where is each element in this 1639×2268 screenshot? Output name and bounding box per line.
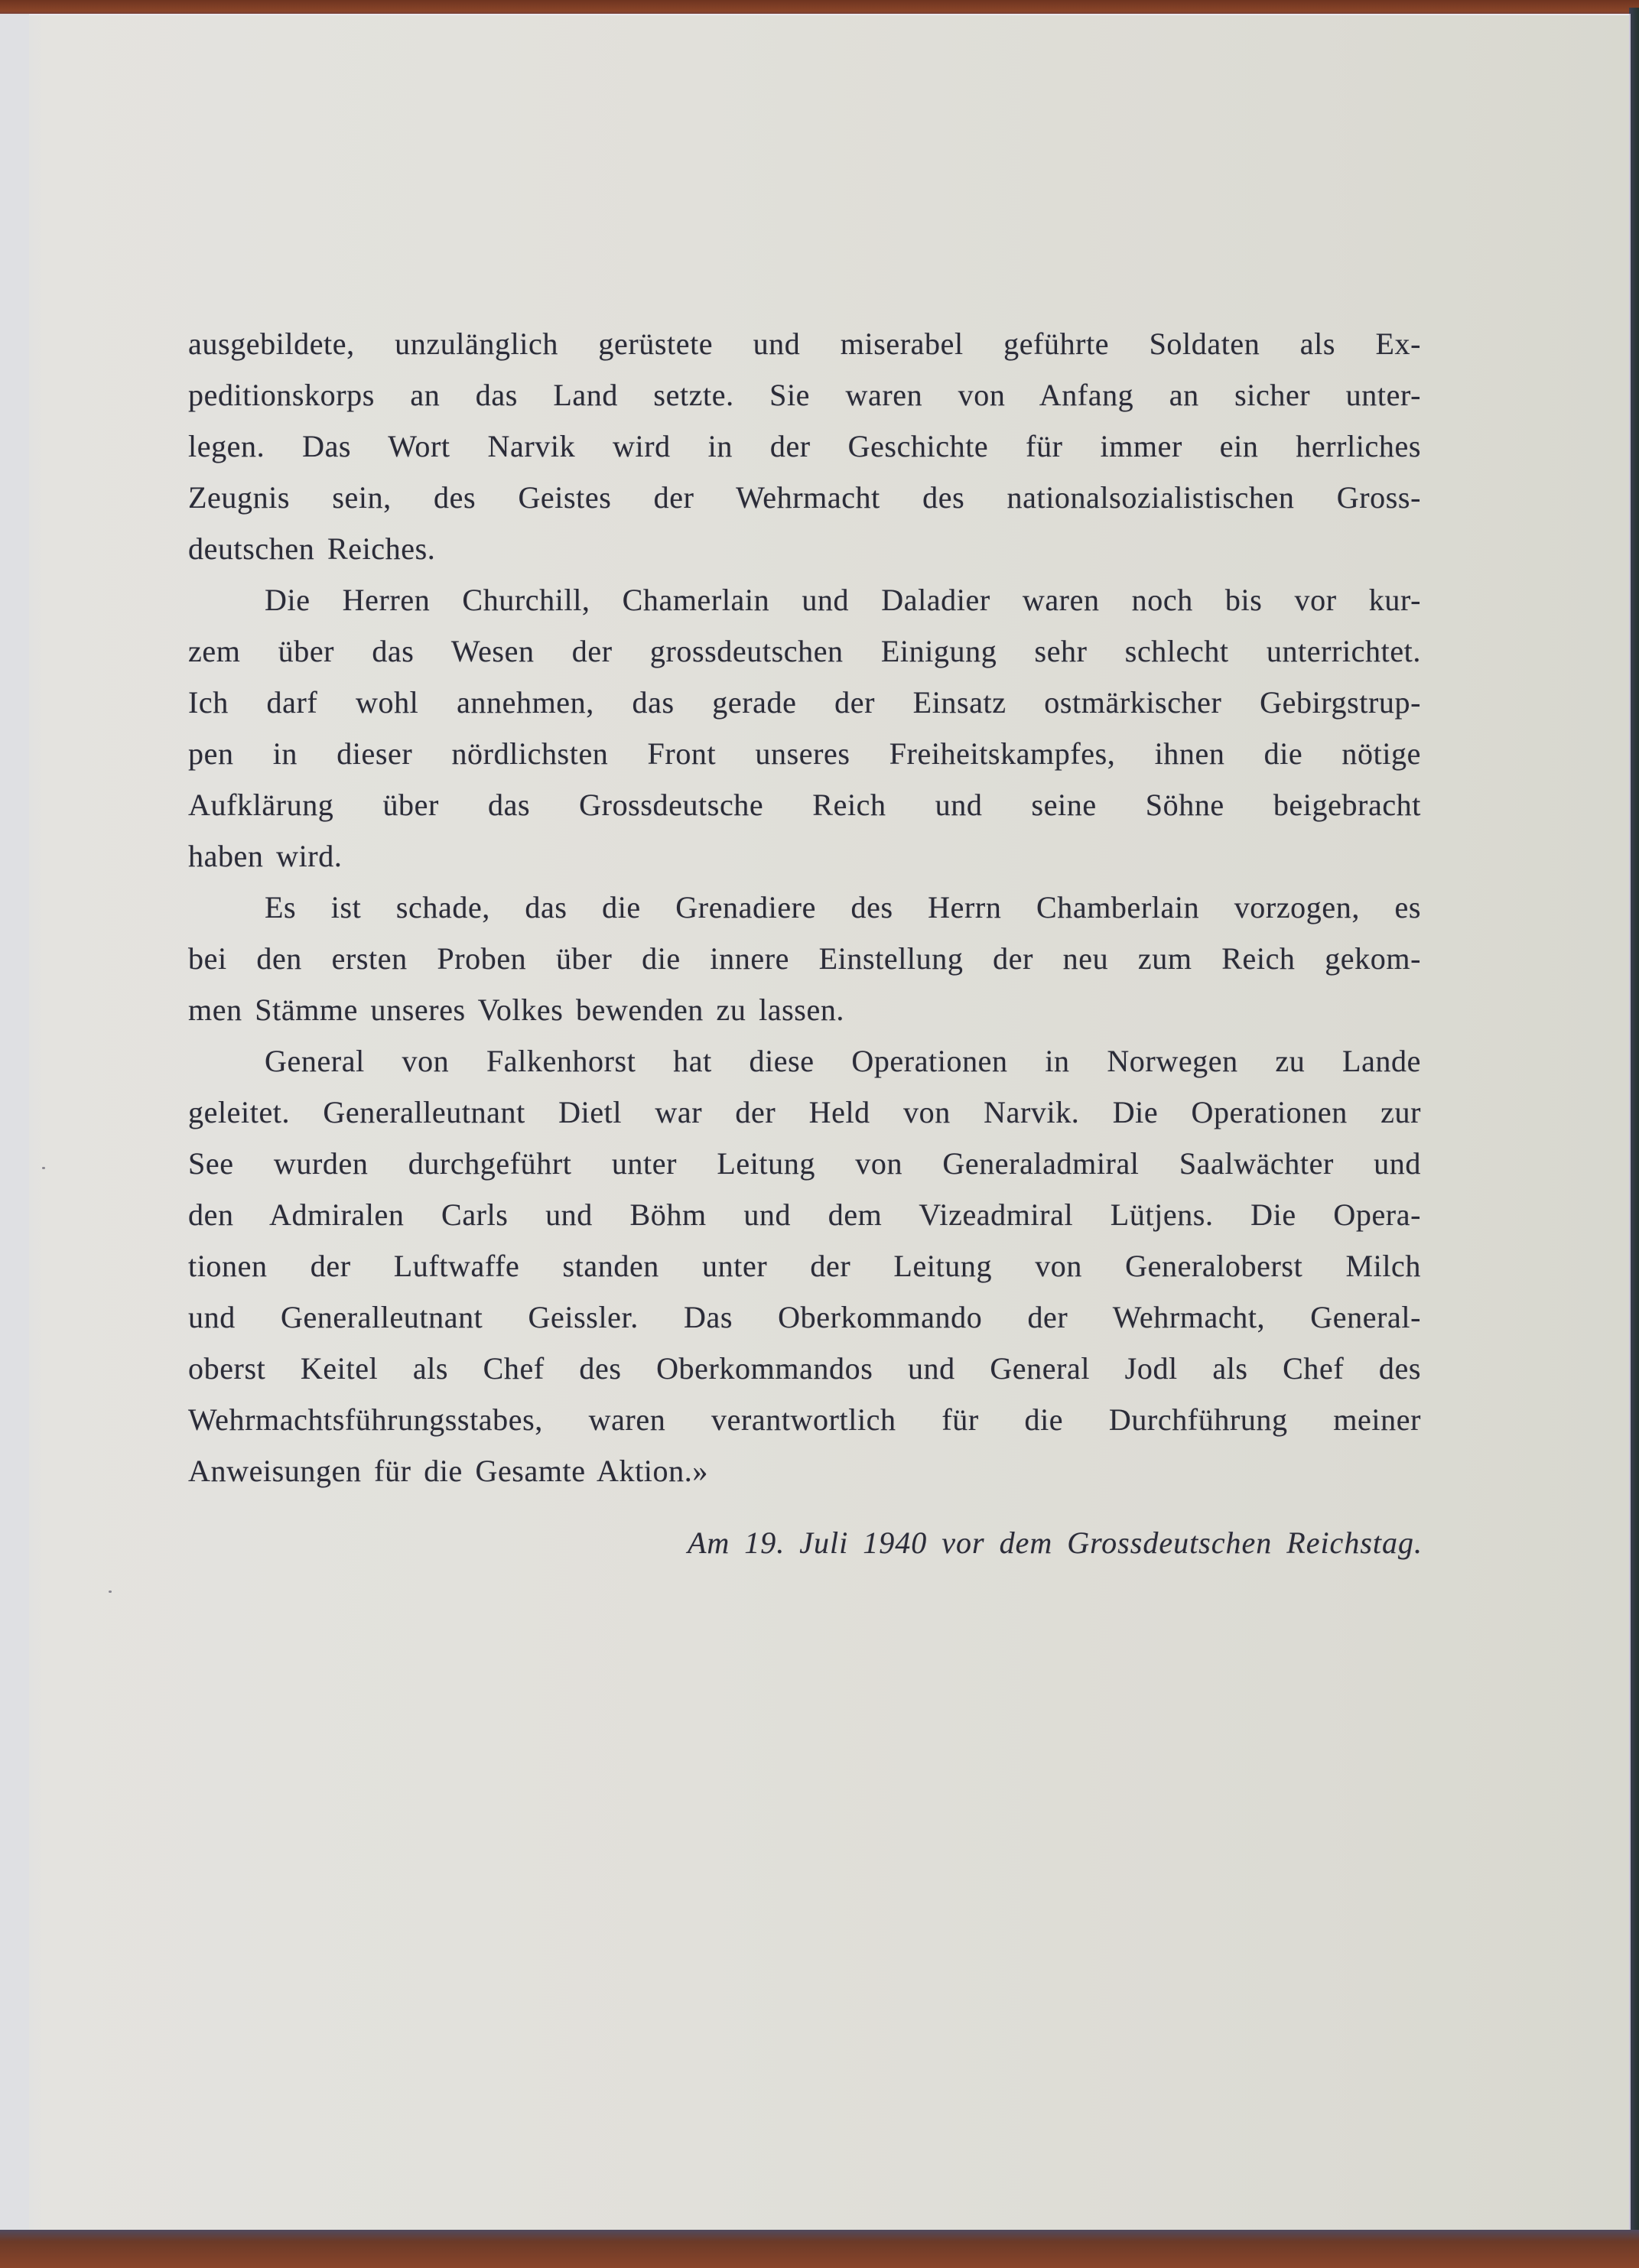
text-line: Es ist schade, das die Grenadiere des He…	[188, 882, 1421, 933]
page-left-margin	[0, 14, 29, 2231]
text-line: Die Herren Churchill, Chamerlain und Dal…	[188, 574, 1421, 625]
text-line: See wurden durchgeführt unter Leitung vo…	[188, 1138, 1421, 1189]
paper-speck	[42, 1167, 45, 1169]
text-line: tionen der Luftwaffe standen unter der L…	[188, 1240, 1421, 1292]
text-line: und Generalleutnant Geissler. Das Oberko…	[188, 1292, 1421, 1343]
text-line: pen in dieser nördlichsten Front unseres…	[188, 728, 1421, 779]
text-line: Aufklärung über das Grossdeutsche Reich …	[188, 779, 1421, 830]
text-line: General von Falkenhorst hat diese Operat…	[188, 1035, 1421, 1087]
text-line: legen. Das Wort Narvik wird in der Gesch…	[188, 421, 1421, 472]
book-page: ausgebildete, unzulänglich gerüstete und…	[0, 14, 1631, 2231]
text-line: Ich darf wohl annehmen, das gerade der E…	[188, 677, 1421, 728]
paragraph: Die Herren Churchill, Chamerlain und Dal…	[188, 574, 1421, 882]
text-line: peditionskorps an das Land setzte. Sie w…	[188, 369, 1421, 421]
paragraph: ausgebildete, unzulänglich gerüstete und…	[188, 318, 1421, 574]
text-line: deutschen Reiches.	[188, 523, 1421, 574]
text-line: men Stämme unseres Volkes bewenden zu la…	[188, 984, 1421, 1035]
text-line: ausgebildete, unzulänglich gerüstete und…	[188, 318, 1421, 369]
text-line: geleitet. Generalleutnant Dietl war der …	[188, 1087, 1421, 1138]
signature-line: Am 19. Juli 1940 vor dem Grossdeutschen …	[577, 1520, 1423, 1566]
paper-speck	[109, 1591, 112, 1593]
text-line: oberst Keitel als Chef des Oberkommandos…	[188, 1343, 1421, 1394]
body-text: ausgebildete, unzulänglich gerüstete und…	[188, 318, 1421, 1496]
text-line: haben wird.	[188, 830, 1421, 882]
text-line: zem über das Wesen der grossdeutschen Ei…	[188, 625, 1421, 677]
text-line: Zeugnis sein, des Geistes der Wehrmacht …	[188, 472, 1421, 523]
text-line: bei den ersten Proben über die innere Ei…	[188, 933, 1421, 984]
text-line: Anweisungen für die Gesamte Aktion.»	[188, 1445, 1421, 1496]
wood-background-bottom	[0, 2230, 1639, 2268]
text-line: Wehrmachtsführungsstabes, waren verantwo…	[188, 1394, 1421, 1445]
paragraph: General von Falkenhorst hat diese Operat…	[188, 1035, 1421, 1496]
text-line: den Admiralen Carls und Böhm und dem Viz…	[188, 1189, 1421, 1240]
paragraph: Es ist schade, das die Grenadiere des He…	[188, 882, 1421, 1035]
